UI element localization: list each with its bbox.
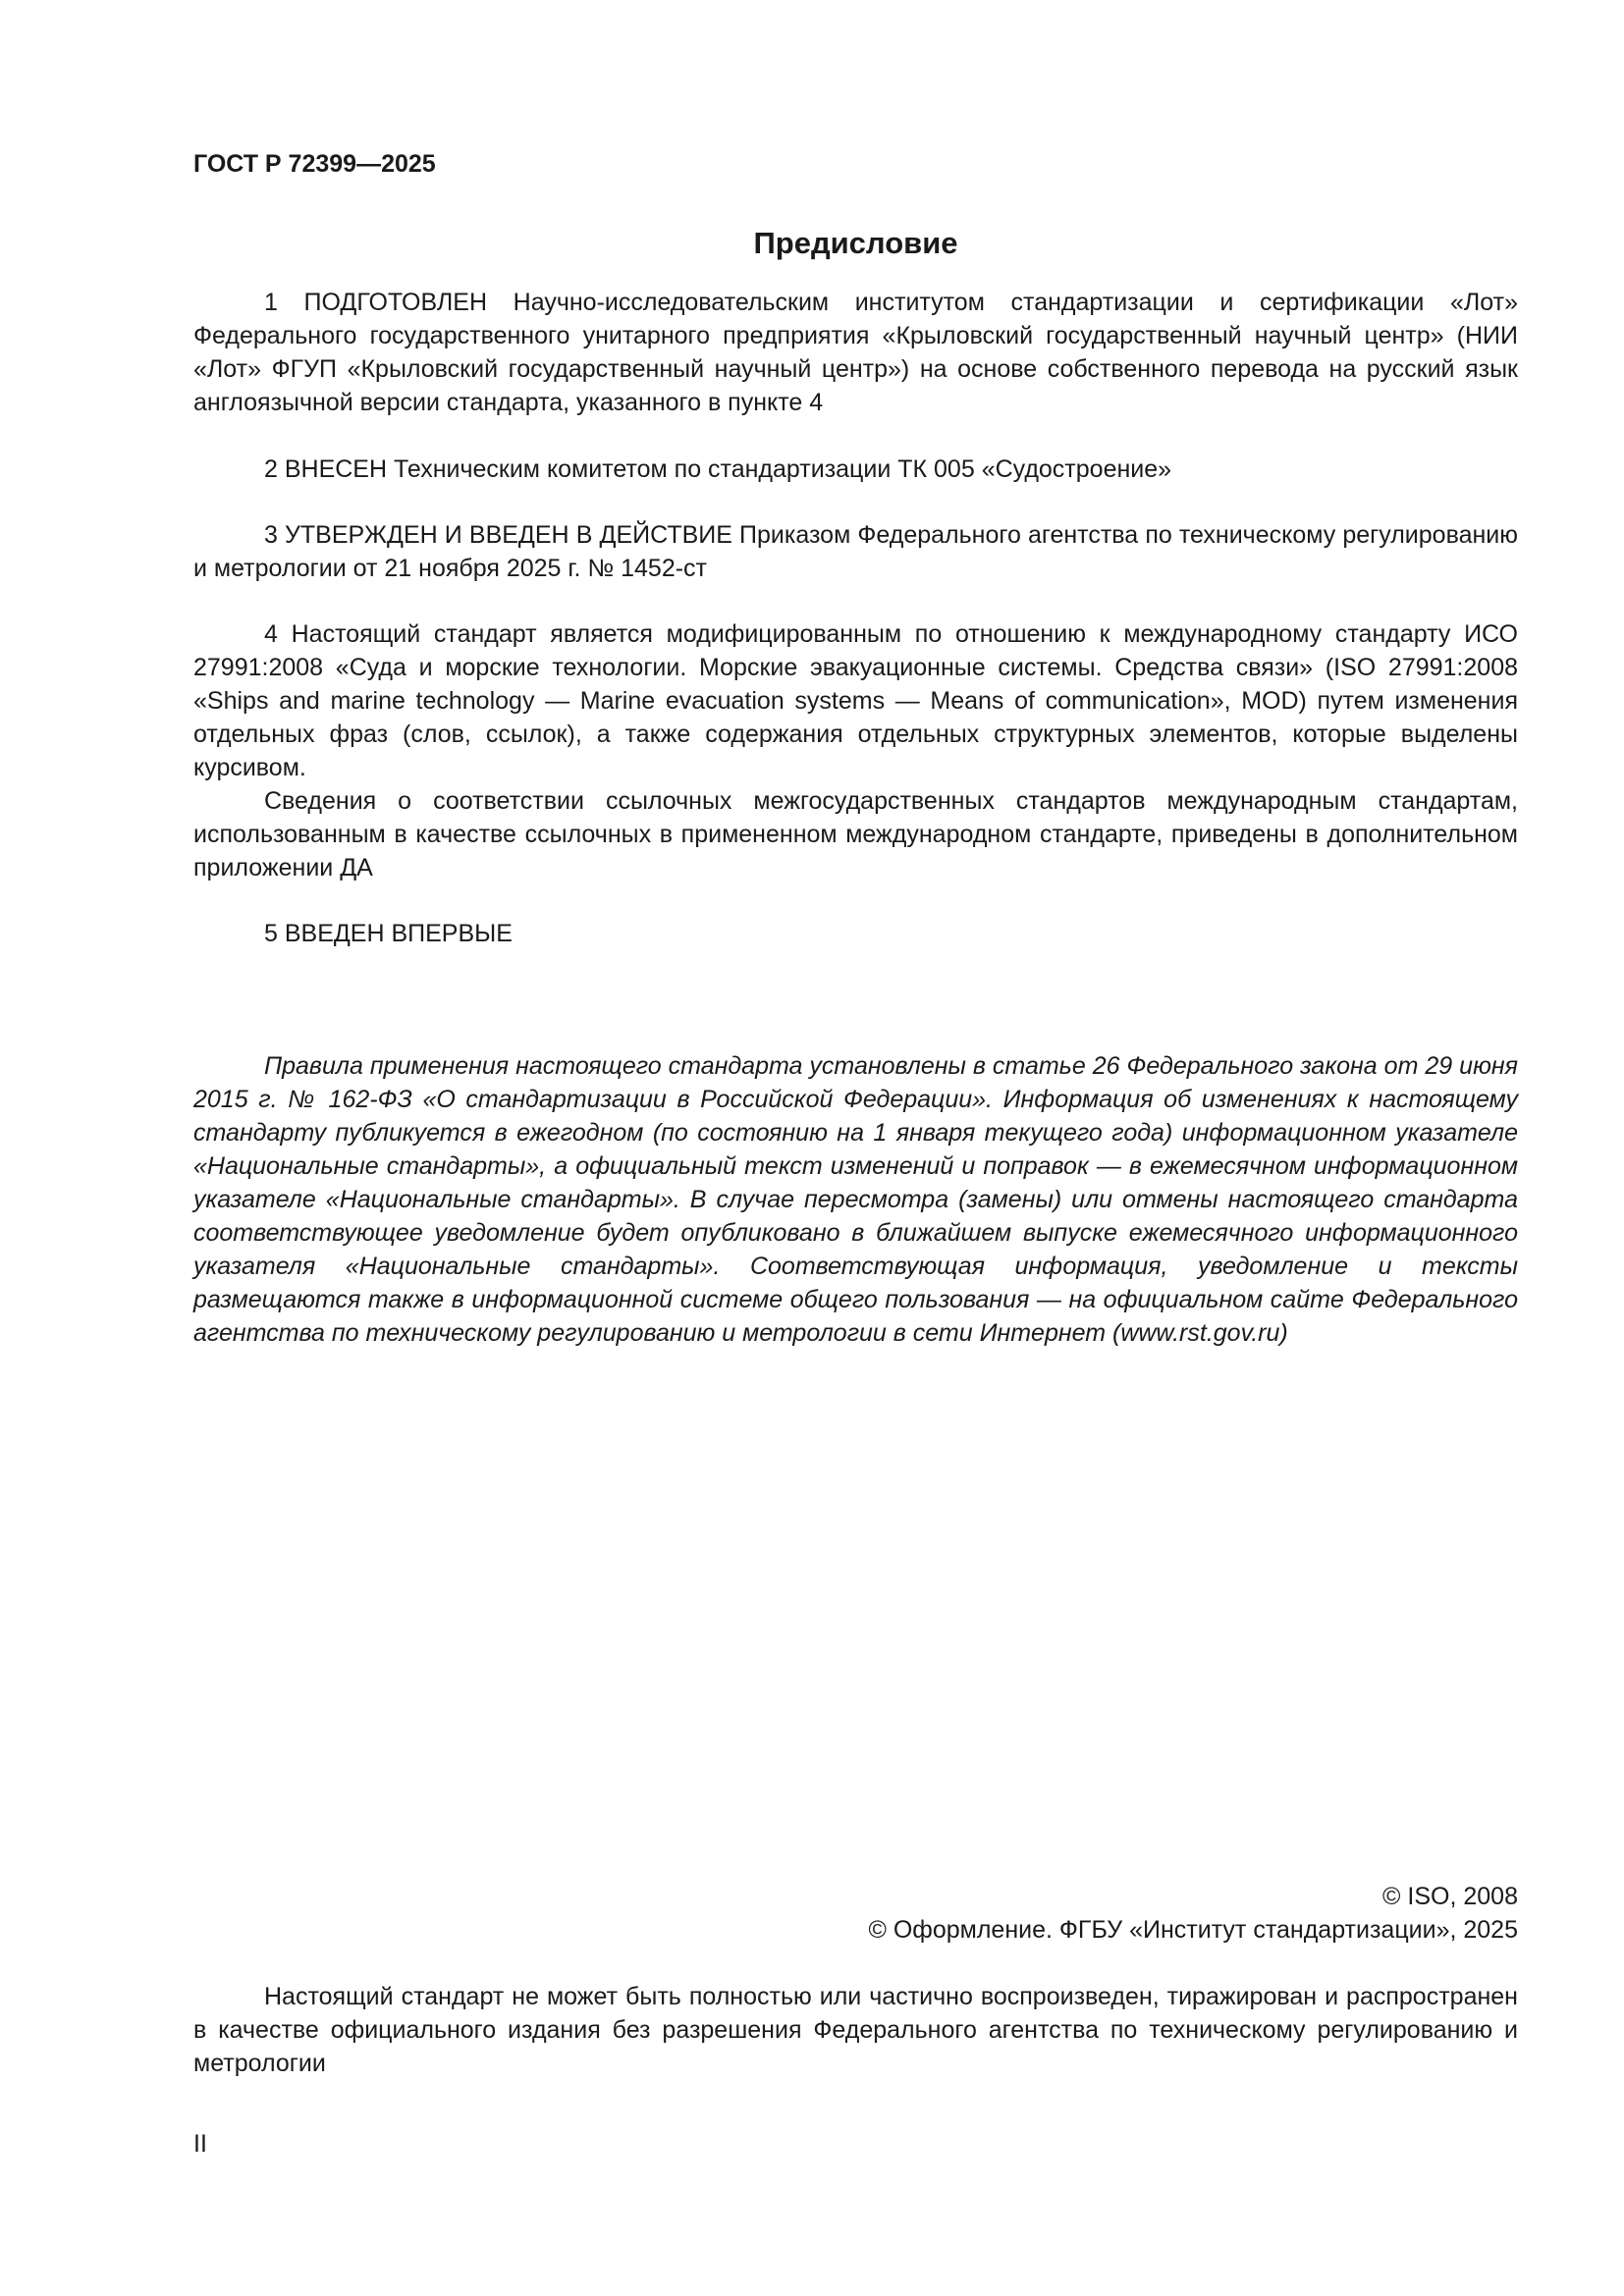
rules-notice: Правила применения настоящего стандарта … — [193, 1049, 1518, 1350]
paragraph-prepared-by: 1 ПОДГОТОВЛЕН Научно-исследовательским и… — [193, 286, 1518, 419]
paragraph-first-introduced: 5 ВВЕДЕН ВПЕРВЫЕ — [193, 917, 1518, 950]
copyright-design: © Оформление. ФГБУ «Институт стандартиза… — [193, 1913, 1518, 1947]
document-id: ГОСТ Р 72399—2025 — [193, 150, 436, 179]
reproduction-notice: Настоящий стандарт не может быть полност… — [193, 1980, 1518, 2080]
paragraph-submitted-by: 2 ВНЕСЕН Техническим комитетом по станда… — [193, 453, 1518, 486]
section-title: Предисловие — [193, 226, 1518, 261]
paragraph-modification: 4 Настоящий стандарт является модифициро… — [193, 617, 1518, 784]
paragraph-references: Сведения о соответствии ссылочных межгос… — [193, 784, 1518, 884]
paragraph-approved: 3 УТВЕРЖДЕН И ВВЕДЕН В ДЕЙСТВИЕ Приказом… — [193, 518, 1518, 585]
page-number: II — [193, 2130, 207, 2159]
copyright-iso: © ISO, 2008 — [193, 1880, 1518, 1913]
